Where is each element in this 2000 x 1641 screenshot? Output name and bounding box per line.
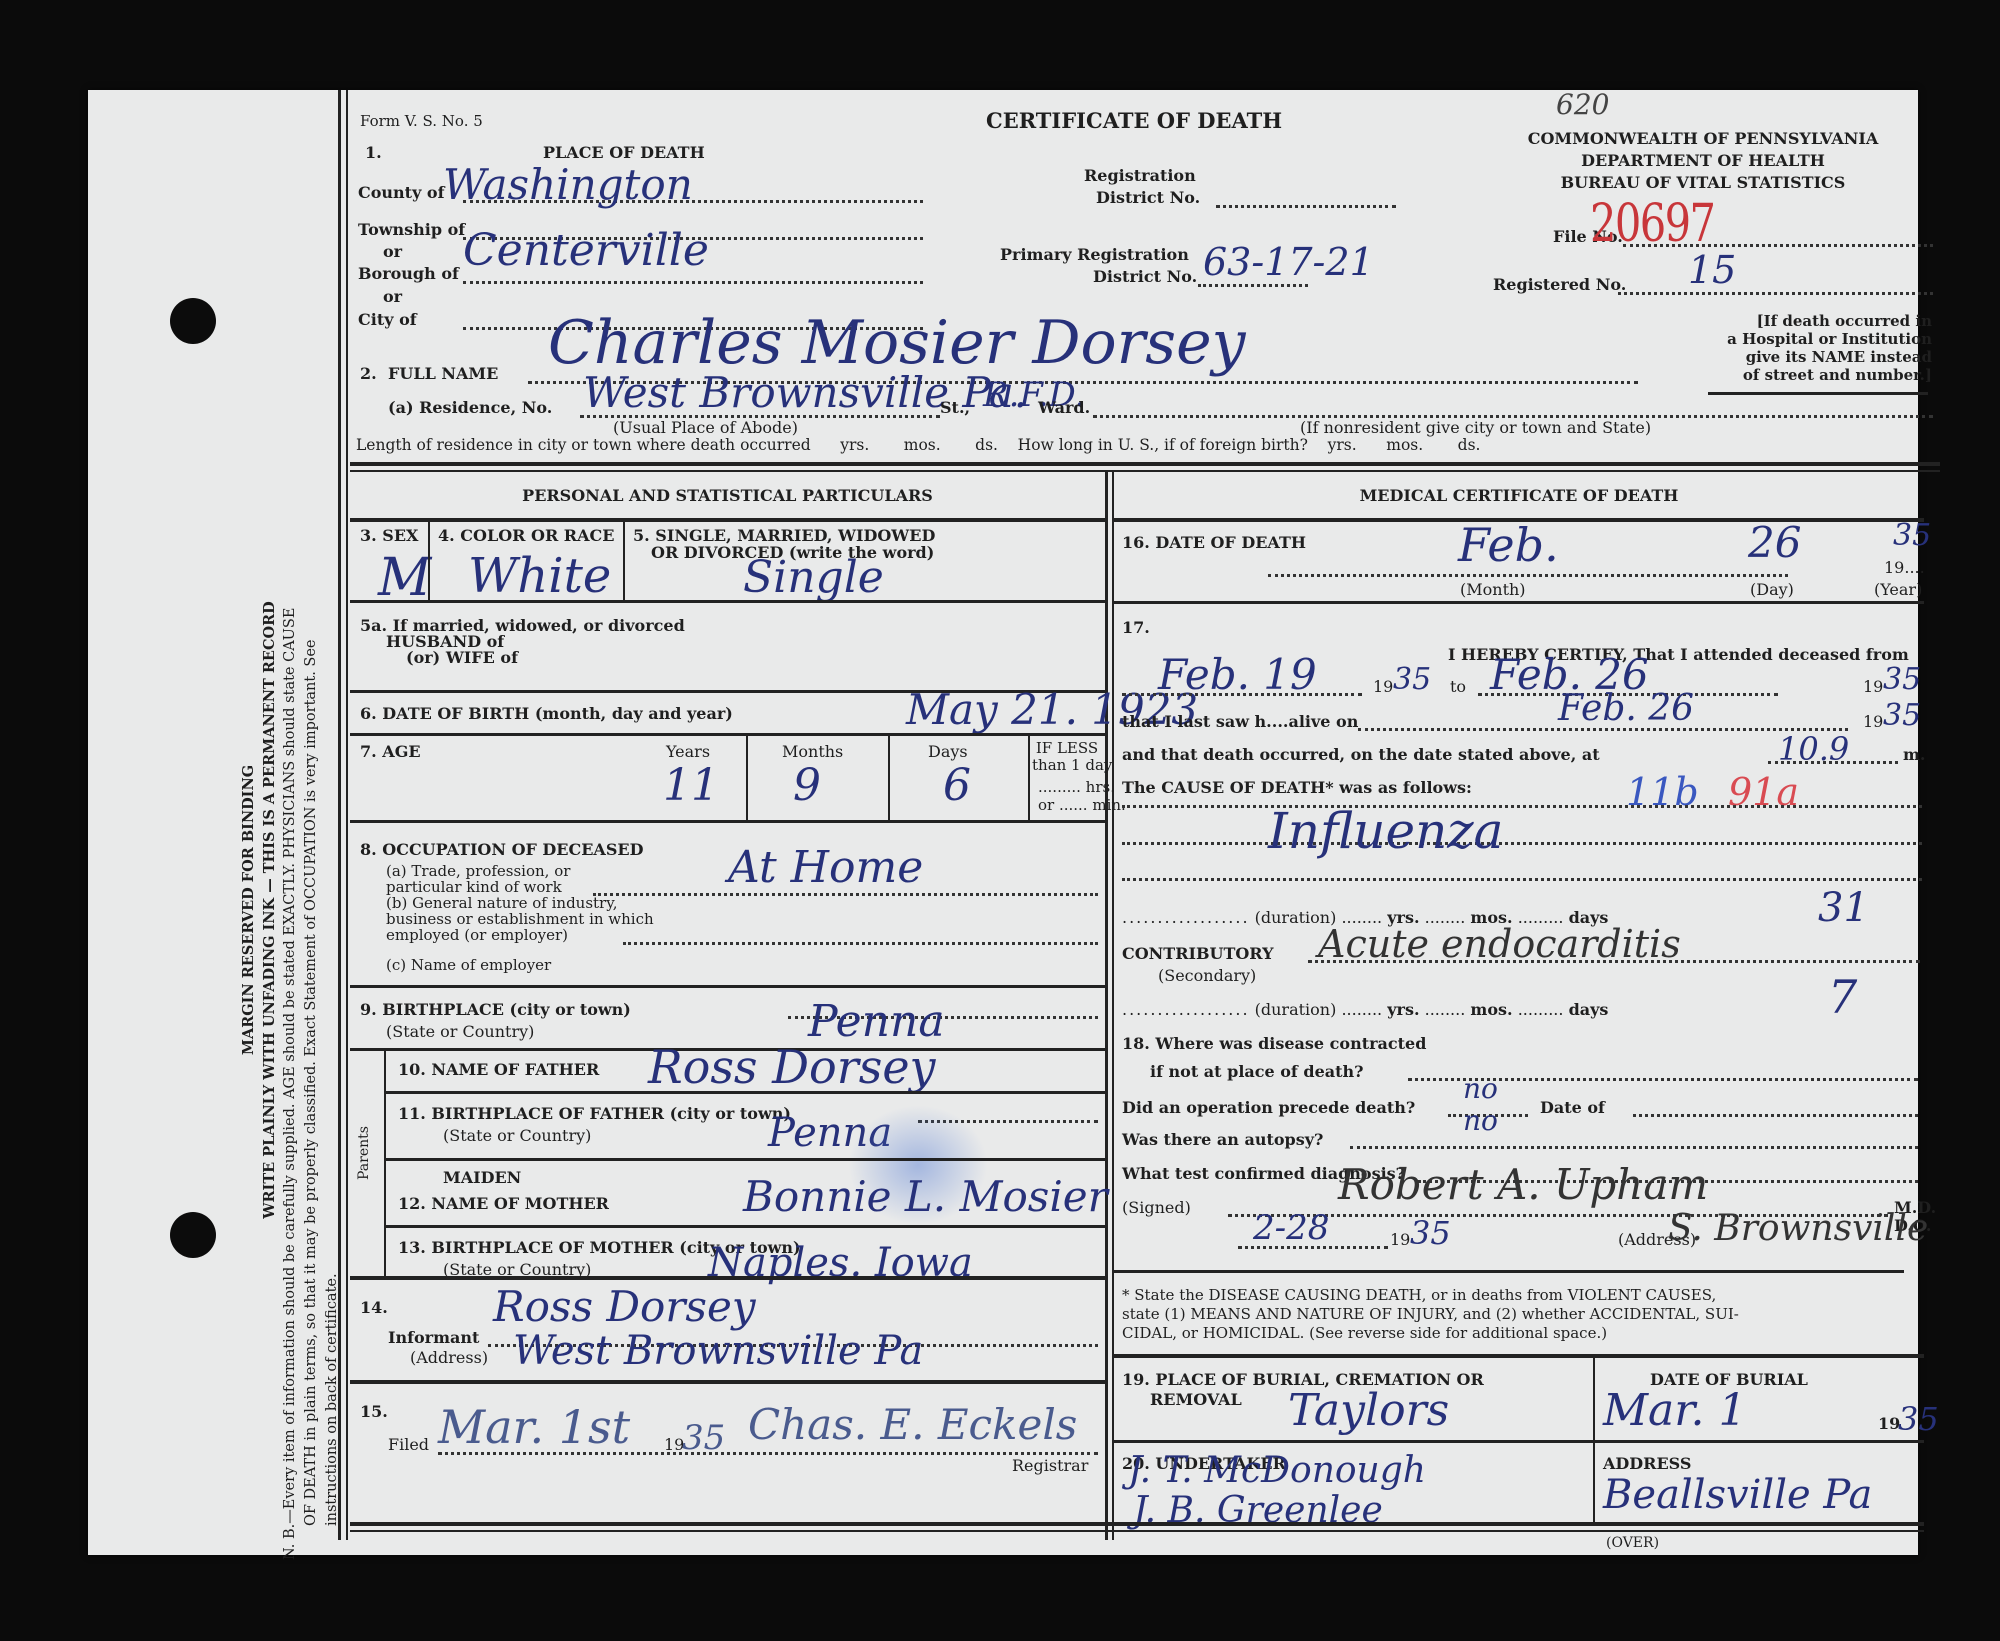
item-number: 1. bbox=[365, 143, 382, 162]
cause-of-death-label: The CAUSE OF DEATH* was as follows: bbox=[1122, 778, 1472, 797]
hospital-note-line: give its NAME instead bbox=[1660, 348, 1932, 366]
filed-date-value: Mar. 1st bbox=[438, 1400, 630, 1454]
cell-divider bbox=[428, 522, 430, 600]
informant-address-label: (Address) bbox=[410, 1348, 488, 1367]
county-value: Washington bbox=[443, 160, 693, 209]
form-number: Form V. S. No. 5 bbox=[360, 112, 483, 130]
row-divider bbox=[1114, 1270, 1904, 1273]
binding-hole-bottom bbox=[170, 1212, 216, 1258]
signed-label: (Signed) bbox=[1122, 1198, 1191, 1217]
cause-line-1 bbox=[1122, 805, 1922, 808]
row-divider bbox=[386, 1091, 1105, 1094]
primary-district-label: District No. bbox=[1093, 267, 1197, 286]
binding-hole-top bbox=[170, 298, 216, 344]
father-name-value: Ross Dorsey bbox=[648, 1040, 936, 1094]
primary-district-value: 63-17-21 bbox=[1203, 240, 1374, 284]
agency-line: COMMONWEALTH OF PENNSYLVANIA bbox=[1478, 128, 1928, 150]
cause-footnote: * State the DISEASE CAUSING DEATH, or in… bbox=[1122, 1286, 1739, 1343]
signed-date-value: 2-28 bbox=[1253, 1208, 1329, 1248]
or-label: or bbox=[383, 242, 402, 261]
residence-label: (a) Residence, No. bbox=[388, 398, 552, 417]
attended-from-year: 35 bbox=[1393, 662, 1431, 697]
row-divider bbox=[350, 518, 1105, 522]
hospital-note: [If death occurred in a Hospital or Inst… bbox=[1660, 312, 1932, 384]
cause-line-2 bbox=[1122, 842, 1922, 845]
row-divider bbox=[350, 820, 1105, 823]
length-of-residence-line: Length of residence in city or town wher… bbox=[356, 436, 1480, 454]
autopsy-line bbox=[1350, 1146, 1918, 1149]
column-divider-2 bbox=[1112, 472, 1114, 1540]
top-number: 620 bbox=[1556, 88, 1609, 121]
footnote-line: CIDAL, or HOMICIDAL. (See reverse side f… bbox=[1122, 1324, 1739, 1343]
medical-section-title: MEDICAL CERTIFICATE OF DEATH bbox=[1114, 486, 1924, 505]
registrar-signature: Chas. E. Eckels bbox=[748, 1400, 1077, 1449]
minutes-field: or ...... min. bbox=[1038, 796, 1126, 814]
agency-header: COMMONWEALTH OF PENNSYLVANIA DEPARTMENT … bbox=[1478, 128, 1928, 194]
agency-line: DEPARTMENT OF HEALTH bbox=[1478, 150, 1928, 172]
item-number: 15. bbox=[360, 1402, 388, 1421]
year-prefix: 19 bbox=[1863, 712, 1883, 731]
age-label: 7. AGE bbox=[360, 742, 421, 761]
township-label: Township of bbox=[358, 220, 465, 239]
father-name-label: 10. NAME OF FATHER bbox=[398, 1060, 599, 1079]
father-birthplace-label: 11. BIRTHPLACE OF FATHER (city or town) bbox=[398, 1104, 791, 1123]
contributory-label: CONTRIBUTORY bbox=[1122, 944, 1274, 963]
less-label: IF LESS bbox=[1032, 740, 1102, 757]
signed-year-prefix: 19 bbox=[1390, 1230, 1410, 1249]
father-birthplace-sub: (State or Country) bbox=[443, 1126, 591, 1145]
death-certificate: MARGIN RESERVED FOR BINDING WRITE PLAINL… bbox=[88, 90, 1918, 1555]
disease-contracted-label: 18. Where was disease contracted bbox=[1122, 1034, 1426, 1053]
age-days-label: Days bbox=[928, 742, 968, 761]
occupation-value: At Home bbox=[728, 842, 923, 893]
burial-year-prefix: 19 bbox=[1878, 1414, 1900, 1433]
row-divider bbox=[1114, 601, 1924, 604]
marital-status-value: Single bbox=[743, 552, 884, 603]
to-label: to bbox=[1450, 677, 1466, 696]
age-less-than-day: IF LESS than 1 day bbox=[1032, 740, 1102, 774]
frame-left-line bbox=[338, 90, 341, 1540]
row-divider bbox=[386, 1225, 1105, 1228]
registered-number-line bbox=[1618, 292, 1933, 295]
trade-line bbox=[593, 893, 1098, 896]
margin-line: MARGIN RESERVED FOR BINDING bbox=[238, 260, 259, 1560]
margin-line: OF DEATH in plain terms, so that it may … bbox=[301, 260, 322, 1560]
month-caption: (Month) bbox=[1460, 580, 1526, 599]
row-divider bbox=[350, 600, 1105, 603]
cause-of-death-value: Influenza bbox=[1268, 802, 1503, 860]
frame-left-line-2 bbox=[346, 90, 348, 1540]
birthplace-label: 9. BIRTHPLACE (city or town) bbox=[360, 1000, 631, 1019]
industry-label-3: employed (or employer) bbox=[386, 926, 568, 944]
sex-label: 3. SEX bbox=[360, 526, 418, 545]
row-divider bbox=[350, 733, 1105, 736]
mos-label: mos. bbox=[1470, 1000, 1512, 1019]
or-label: or bbox=[383, 287, 402, 306]
county-label: County of bbox=[358, 183, 444, 202]
age-months-label: Months bbox=[782, 742, 843, 761]
hospital-note-line: a Hospital or Institution bbox=[1660, 330, 1932, 348]
undertaker-value: J. T. McDonough bbox=[1128, 1450, 1426, 1491]
agency-line: BUREAU OF VITAL STATISTICS bbox=[1478, 172, 1928, 194]
meridiem-label: m. bbox=[1903, 745, 1926, 764]
over-label: (OVER) bbox=[1606, 1535, 1659, 1551]
section-divider bbox=[350, 462, 1940, 466]
file-number-stamp: 20697 bbox=[1590, 194, 1714, 254]
less-label-2: than 1 day bbox=[1032, 757, 1102, 774]
ward-label: Ward. bbox=[1038, 398, 1090, 417]
cell-divider bbox=[623, 522, 625, 600]
parents-divider bbox=[384, 1050, 386, 1276]
burial-place-value: Taylors bbox=[1288, 1385, 1449, 1436]
death-month-value: Feb. bbox=[1458, 518, 1559, 572]
registered-number-label: Registered No. bbox=[1493, 275, 1626, 294]
abode-note: (Usual Place of Abode) bbox=[613, 418, 798, 437]
operation-value: no bbox=[1463, 1072, 1498, 1105]
operation-date-label: Date of bbox=[1540, 1098, 1605, 1117]
death-day-value: 26 bbox=[1748, 518, 1801, 567]
registered-number-value: 15 bbox=[1688, 248, 1736, 292]
cell-divider bbox=[888, 736, 890, 820]
maiden-label: MAIDEN bbox=[443, 1168, 521, 1187]
occupation-label: 8. OCCUPATION OF DECEASED bbox=[360, 840, 643, 859]
age-years-value: 11 bbox=[663, 760, 719, 811]
death-year-value: 35 bbox=[1893, 518, 1931, 553]
item-number: 17. bbox=[1122, 618, 1150, 637]
secondary-label: (Secondary) bbox=[1158, 966, 1256, 985]
nonresident-note: (If nonresident give city or town and St… bbox=[1300, 418, 1651, 437]
registration-label: Registration bbox=[1084, 166, 1196, 185]
item-number: 14. bbox=[360, 1298, 388, 1317]
cause-line-3 bbox=[1122, 878, 1922, 881]
yrs-label: yrs. bbox=[1387, 1000, 1419, 1019]
registration-district-line bbox=[1216, 205, 1396, 208]
personal-section-title: PERSONAL AND STATISTICAL PARTICULARS bbox=[350, 486, 1105, 505]
physician-signature: Robert A. Upham bbox=[1338, 1160, 1708, 1209]
mother-name-value: Bonnie L. Mosier bbox=[743, 1172, 1108, 1221]
item-number: 2. bbox=[360, 364, 377, 383]
cause-duration-days: 31 bbox=[1818, 885, 1869, 931]
certificate-title: CERTIFICATE OF DEATH bbox=[986, 108, 1282, 133]
footnote-line: state (1) MEANS AND NATURE OF INJURY, an… bbox=[1122, 1305, 1739, 1324]
margin-instructions: MARGIN RESERVED FOR BINDING WRITE PLAINL… bbox=[238, 260, 343, 1560]
contributory-duration-days: 7 bbox=[1828, 970, 1857, 1024]
last-saw-year: 35 bbox=[1883, 698, 1921, 733]
year-prefix: 19 bbox=[1373, 677, 1393, 696]
wife-of-label: (or) WIFE of bbox=[406, 648, 518, 667]
duration-label: (duration) bbox=[1255, 1000, 1337, 1019]
autopsy-label: Was there an autopsy? bbox=[1122, 1130, 1323, 1149]
borough-line bbox=[463, 281, 923, 284]
date-of-birth-label: 6. DATE OF BIRTH (month, day and year) bbox=[360, 704, 733, 723]
registrar-label: Registrar bbox=[1012, 1456, 1088, 1475]
mother-name-label: 12. NAME OF MOTHER bbox=[398, 1194, 609, 1213]
attended-from-value: Feb. 19 bbox=[1158, 650, 1317, 699]
informant-label: Informant bbox=[388, 1328, 479, 1347]
age-months-value: 9 bbox=[793, 760, 821, 811]
contributory-duration: .................. (duration) ........ y… bbox=[1122, 1000, 1608, 1019]
physician-address-value: S. Brownsville bbox=[1668, 1208, 1928, 1249]
hours-field: ......... hrs. bbox=[1038, 778, 1115, 796]
race-value: White bbox=[468, 548, 611, 604]
informant-value: Ross Dorsey bbox=[493, 1282, 756, 1331]
primary-district-line bbox=[1198, 284, 1308, 287]
operation-date-line bbox=[1633, 1114, 1918, 1117]
employer-label: (c) Name of employer bbox=[386, 956, 551, 974]
date-of-death-line bbox=[1268, 574, 1788, 577]
hospital-note-line: [If death occurred in bbox=[1660, 312, 1932, 330]
section-divider-2 bbox=[350, 470, 1940, 472]
race-label: 4. COLOR OR RACE bbox=[438, 526, 614, 545]
birthplace-sub: (State or Country) bbox=[386, 1022, 534, 1041]
autopsy-value: no bbox=[1463, 1104, 1498, 1137]
age-days-value: 6 bbox=[943, 760, 971, 811]
informant-address-value: West Brownsville Pa bbox=[513, 1328, 923, 1374]
hospital-divider bbox=[1708, 392, 1928, 395]
undertaker-address-label: ADDRESS bbox=[1603, 1454, 1691, 1473]
industry-line bbox=[623, 942, 1098, 945]
row-divider bbox=[350, 1380, 1105, 1384]
registration-district-label: District No. bbox=[1096, 188, 1200, 207]
footnote-line: * State the DISEASE CAUSING DEATH, or in… bbox=[1122, 1286, 1739, 1305]
parents-label: Parents bbox=[356, 1126, 372, 1180]
borough-value: Centerville bbox=[463, 225, 709, 276]
signed-year-value: 35 bbox=[1410, 1214, 1451, 1252]
year-caption: (Year) bbox=[1874, 580, 1922, 599]
primary-registration-label: Primary Registration bbox=[1000, 245, 1189, 264]
attended-to-year: 35 bbox=[1883, 662, 1921, 697]
date-of-death-label: 16. DATE OF DEATH bbox=[1122, 533, 1306, 552]
hospital-note-line: of street and number.] bbox=[1660, 366, 1932, 384]
filed-label: Filed bbox=[388, 1435, 429, 1454]
death-time-label: and that death occurred, on the date sta… bbox=[1122, 745, 1600, 764]
days-label: days bbox=[1569, 1000, 1609, 1019]
last-saw-value: Feb. 26 bbox=[1558, 688, 1694, 729]
filed-year-value: 35 bbox=[682, 1418, 725, 1458]
margin-line: WRITE PLAINLY WITH UNFADING INK — THIS I… bbox=[259, 260, 280, 1560]
street-label: St., bbox=[940, 398, 970, 417]
burial-year-value: 35 bbox=[1898, 1400, 1939, 1438]
last-saw-label: that I last saw h....alive on bbox=[1122, 712, 1358, 731]
day-caption: (Day) bbox=[1750, 580, 1794, 599]
year-prefix: 19 bbox=[1863, 677, 1883, 696]
row-divider bbox=[350, 1276, 1105, 1280]
age-years-label: Years bbox=[666, 742, 710, 761]
bottom-divider bbox=[350, 1522, 1924, 1526]
row-divider bbox=[350, 985, 1105, 988]
disease-contracted-label-2: if not at place of death? bbox=[1150, 1062, 1364, 1081]
margin-line: N. B.—Every item of information should b… bbox=[280, 260, 301, 1560]
row-divider bbox=[1114, 1440, 1924, 1443]
contributory-value: Acute endocarditis bbox=[1318, 922, 1681, 966]
bottom-divider-2 bbox=[350, 1530, 1924, 1532]
sex-value: M bbox=[378, 548, 431, 608]
cell-divider bbox=[1028, 736, 1030, 820]
row-divider bbox=[386, 1158, 1105, 1161]
burial-removal-label: REMOVAL bbox=[1150, 1390, 1242, 1409]
row-divider bbox=[1114, 1354, 1924, 1358]
death-time-value: 10.9 bbox=[1778, 730, 1849, 768]
cell-divider bbox=[746, 736, 748, 820]
burial-date-value: Mar. 1 bbox=[1603, 1385, 1746, 1436]
undertaker-address-value: Beallsville Pa bbox=[1603, 1472, 1872, 1518]
city-label: City of bbox=[358, 310, 417, 329]
borough-label: Borough of bbox=[358, 264, 459, 283]
death-year-prefix: 19.... bbox=[1884, 558, 1925, 577]
full-name-label: FULL NAME bbox=[388, 364, 498, 383]
column-divider bbox=[1105, 472, 1108, 1540]
operation-label: Did an operation precede death? bbox=[1122, 1098, 1415, 1117]
